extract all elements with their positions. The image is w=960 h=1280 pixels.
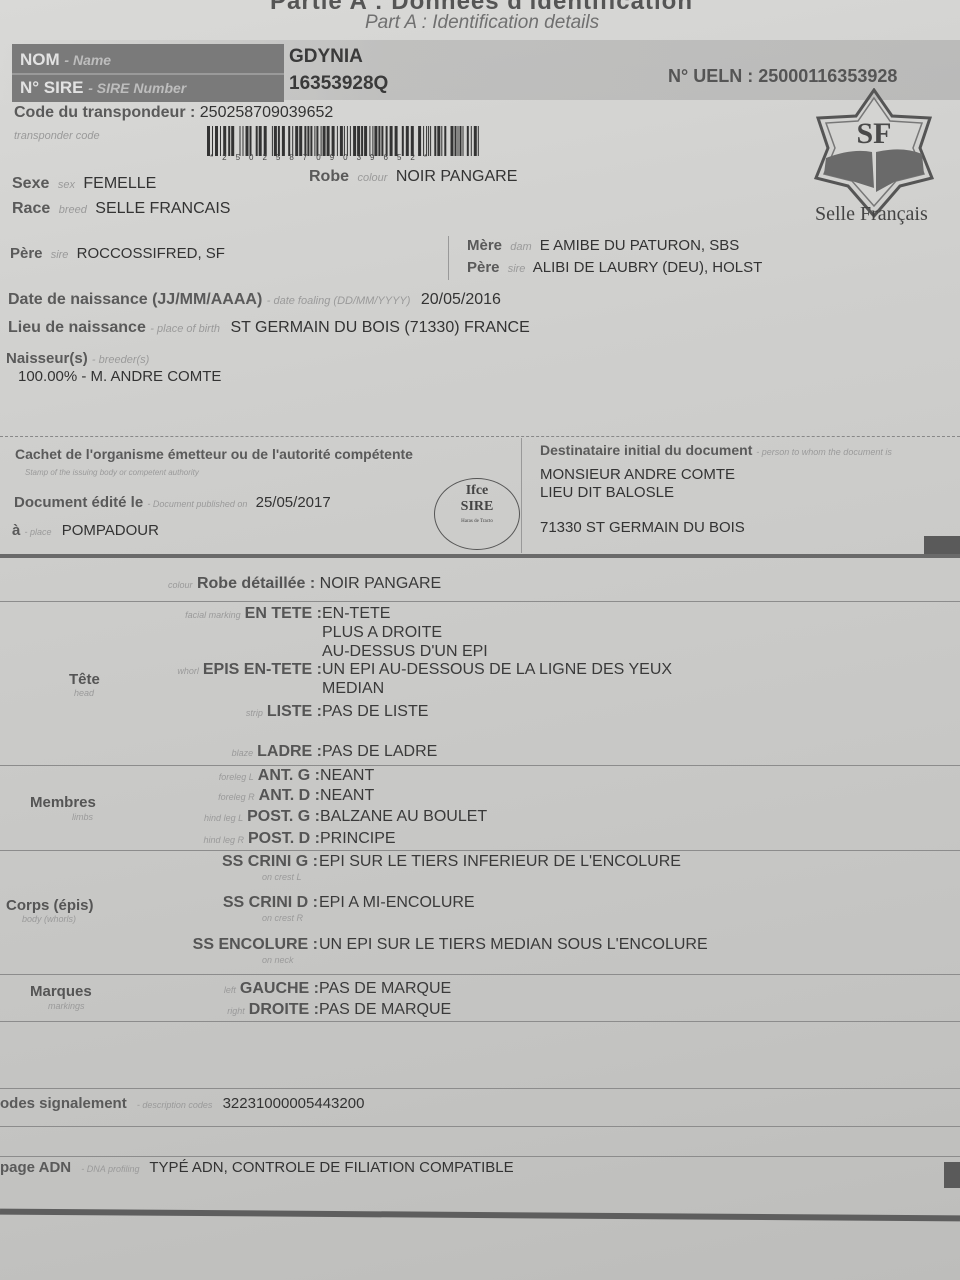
sex-row: Sexe sex FEMELLE bbox=[12, 175, 156, 193]
marking-value: PRINCIPE bbox=[320, 830, 396, 848]
marking-value: PAS DE LISTE bbox=[322, 703, 428, 721]
recipient-line2: LIEU DIT BALOSLE bbox=[540, 484, 674, 501]
marking-row: whorlEPIS EN-TETE :UN EPI AU-DESSOUS DE … bbox=[0, 661, 960, 681]
issuer-title: Cachet de l'organisme émetteur ou de l'a… bbox=[15, 446, 413, 462]
ifce-sire-stamp: Ifce SIRE Haras de Tracto bbox=[434, 478, 520, 550]
recipient-title-row: Destinataire initial du document - perso… bbox=[540, 442, 892, 458]
marking-label: leftGAUCHE : bbox=[224, 980, 319, 998]
marking-label-en: on crest L bbox=[262, 872, 302, 882]
ueln-number: N° UELN : 25000116353928 bbox=[668, 66, 897, 87]
issuer-title-en: Stamp of the issuing body or competent a… bbox=[25, 468, 199, 477]
marking-key: SS CRINI G : bbox=[222, 853, 318, 871]
marking-key: POST. G : bbox=[247, 808, 320, 825]
marking-label-en: hind leg L bbox=[204, 813, 243, 823]
marking-key: DROITE : bbox=[249, 1001, 319, 1018]
marking-key: GAUCHE : bbox=[240, 980, 319, 997]
marking-row: foreleg RANT. D :NEANT bbox=[0, 787, 960, 807]
breeder-value: 100.00% - M. ANDRE COMTE bbox=[18, 368, 221, 385]
marking-value: PAS DE LADRE bbox=[322, 743, 437, 761]
description-codes-row: odes signalement - description codes 322… bbox=[0, 1095, 364, 1112]
issue-date-row: Document édité le - Document published o… bbox=[14, 494, 331, 511]
marking-label-en: right bbox=[227, 1006, 245, 1016]
marking-value: BALZANE AU BOULET bbox=[320, 808, 487, 826]
marking-label-en: hind leg R bbox=[203, 835, 244, 845]
sire-label: N° SIRE - SIRE Number bbox=[20, 78, 186, 98]
marking-row: hind leg LPOST. G :BALZANE AU BOULET bbox=[0, 808, 960, 828]
marking-key: POST. D : bbox=[248, 830, 320, 847]
birth-date-row: Date de naissance (JJ/MM/AAAA) - date fo… bbox=[8, 291, 501, 309]
marking-key: EPIS EN-TETE : bbox=[203, 661, 322, 678]
marking-key: ANT. G : bbox=[258, 767, 320, 784]
divider bbox=[448, 236, 449, 280]
marking-label: facial markingEN TETE : bbox=[185, 605, 322, 623]
marking-value: EPI SUR LE TIERS INFERIEUR DE L'ENCOLURE bbox=[319, 853, 681, 871]
marking-label: foreleg RANT. D : bbox=[218, 787, 320, 805]
marking-value: UN EPI SUR LE TIERS MEDIAN SOUS L'ENCOLU… bbox=[319, 936, 708, 954]
divider bbox=[0, 601, 960, 602]
marking-value: NEANT bbox=[320, 767, 374, 785]
recipient-line3: 71330 ST GERMAIN DU BOIS bbox=[540, 519, 745, 536]
sire-row: Père sire ROCCOSSIFRED, SF bbox=[10, 245, 225, 262]
marking-label-en: foreleg L bbox=[219, 772, 254, 782]
name-label: NOM - Name bbox=[20, 50, 111, 70]
marking-label: foreleg LANT. G : bbox=[219, 767, 320, 785]
marking-row: blazeLADRE :PAS DE LADRE bbox=[0, 743, 960, 763]
divider bbox=[0, 765, 960, 766]
marking-value: AU-DESSUS D'UN EPI bbox=[322, 643, 488, 661]
marking-value: PAS DE MARQUE bbox=[319, 1001, 451, 1019]
dam-row: Mère dam E AMIBE DU PATURON, SBS bbox=[467, 237, 739, 254]
marking-label: blazeLADRE : bbox=[232, 743, 322, 761]
marking-label-en: facial marking bbox=[185, 610, 241, 620]
marking-label-en: left bbox=[224, 985, 236, 995]
marking-row: facial markingEN TETE :EN-TETEPLUS A DRO… bbox=[0, 605, 960, 625]
marking-key: LISTE : bbox=[267, 703, 322, 720]
divider bbox=[0, 1088, 960, 1089]
page-tab-mark bbox=[924, 536, 960, 554]
svg-text:SF: SF bbox=[856, 117, 891, 150]
marking-label-en: strip bbox=[246, 708, 263, 718]
marking-label-en: foreleg R bbox=[218, 792, 255, 802]
marking-row: SS ENCOLURE :UN EPI SUR LE TIERS MEDIAN … bbox=[0, 936, 960, 970]
recipient-line1: MONSIEUR ANDRE COMTE bbox=[540, 466, 735, 483]
barcode-digits: *250258709039652* bbox=[210, 153, 436, 162]
marking-label: hind leg RPOST. D : bbox=[203, 830, 320, 848]
page-fold-line bbox=[0, 1209, 960, 1222]
marking-row: SS CRINI G :EPI SUR LE TIERS INFERIEUR D… bbox=[0, 853, 960, 887]
breed-row: Race breed SELLE FRANCAIS bbox=[12, 200, 230, 218]
page-fold-line bbox=[0, 554, 960, 558]
name-sire-box: NOM - Name N° SIRE - SIRE Number bbox=[12, 44, 284, 102]
marking-value: PLUS A DROITE bbox=[322, 624, 442, 642]
birth-place-row: Lieu de naissance - place of birth ST GE… bbox=[8, 319, 530, 337]
marking-row: hind leg RPOST. D :PRINCIPE bbox=[0, 830, 960, 850]
page-tab-mark bbox=[944, 1162, 960, 1188]
marking-row: stripLISTE :PAS DE LISTE bbox=[0, 703, 960, 723]
marking-label: stripLISTE : bbox=[246, 703, 322, 721]
divider bbox=[0, 1156, 960, 1157]
marking-row: rightDROITE :PAS DE MARQUE bbox=[0, 1001, 960, 1021]
marking-label: whorlEPIS EN-TETE : bbox=[177, 661, 322, 679]
divider bbox=[0, 436, 960, 437]
issue-place-row: à - place POMPADOUR bbox=[12, 522, 159, 539]
marking-value: UN EPI AU-DESSOUS DE LA LIGNE DES YEUX bbox=[322, 661, 672, 679]
barcode-icon bbox=[206, 126, 482, 156]
transponder-label-en: transponder code bbox=[14, 130, 100, 142]
marking-value: EPI A MI-ENCOLURE bbox=[319, 894, 475, 912]
divider bbox=[0, 1021, 960, 1022]
divider bbox=[0, 974, 960, 975]
marking-key: ANT. D : bbox=[259, 787, 320, 804]
marking-key: SS CRINI D : bbox=[223, 894, 318, 912]
marking-label-en: blaze bbox=[232, 748, 254, 758]
marking-value: PAS DE MARQUE bbox=[319, 980, 451, 998]
divider bbox=[0, 1126, 960, 1127]
transponder-row: Code du transpondeur : 250258709039652 bbox=[14, 104, 333, 122]
marking-value: EN-TETE bbox=[322, 605, 390, 623]
marking-label-en: on crest R bbox=[262, 913, 303, 923]
marking-row: foreleg LANT. G :NEANT bbox=[0, 767, 960, 787]
colour-row: Robe colour NOIR PANGARE bbox=[309, 168, 517, 186]
marking-label: rightDROITE : bbox=[227, 1001, 319, 1019]
breeder-label-row: Naisseur(s) - breeder(s) bbox=[6, 350, 149, 367]
marking-key: SS ENCOLURE : bbox=[193, 936, 318, 954]
logo-text: Selle Français bbox=[815, 203, 928, 226]
horse-name: GDYNIA bbox=[289, 46, 363, 68]
divider bbox=[521, 438, 522, 553]
dna-row: page ADN - DNA profiling TYPÉ ADN, CONTR… bbox=[0, 1159, 514, 1176]
detailed-colour-row: colour Robe détaillée : NOIR PANGARE bbox=[168, 575, 441, 593]
marking-label-en: on neck bbox=[262, 955, 294, 965]
marking-label: hind leg LPOST. G : bbox=[204, 808, 320, 826]
marking-row: leftGAUCHE :PAS DE MARQUE bbox=[0, 980, 960, 1000]
sire-number: 16353928Q bbox=[289, 73, 388, 95]
marking-row: SS CRINI D :EPI A MI-ENCOLUREon crest R bbox=[0, 894, 960, 928]
head-section-title-en: head bbox=[74, 688, 94, 698]
marking-value: MEDIAN bbox=[322, 680, 384, 698]
marking-key: EN TETE : bbox=[245, 605, 322, 622]
divider bbox=[12, 73, 284, 75]
marking-label-en: whorl bbox=[177, 666, 199, 676]
divider bbox=[0, 850, 960, 851]
dam-sire-row: Père sire ALIBI DE LAUBRY (DEU), HOLST bbox=[467, 259, 762, 276]
marking-value: NEANT bbox=[320, 787, 374, 805]
page-subtitle: Part A : Identification details bbox=[365, 12, 599, 34]
marking-key: LADRE : bbox=[257, 743, 322, 760]
